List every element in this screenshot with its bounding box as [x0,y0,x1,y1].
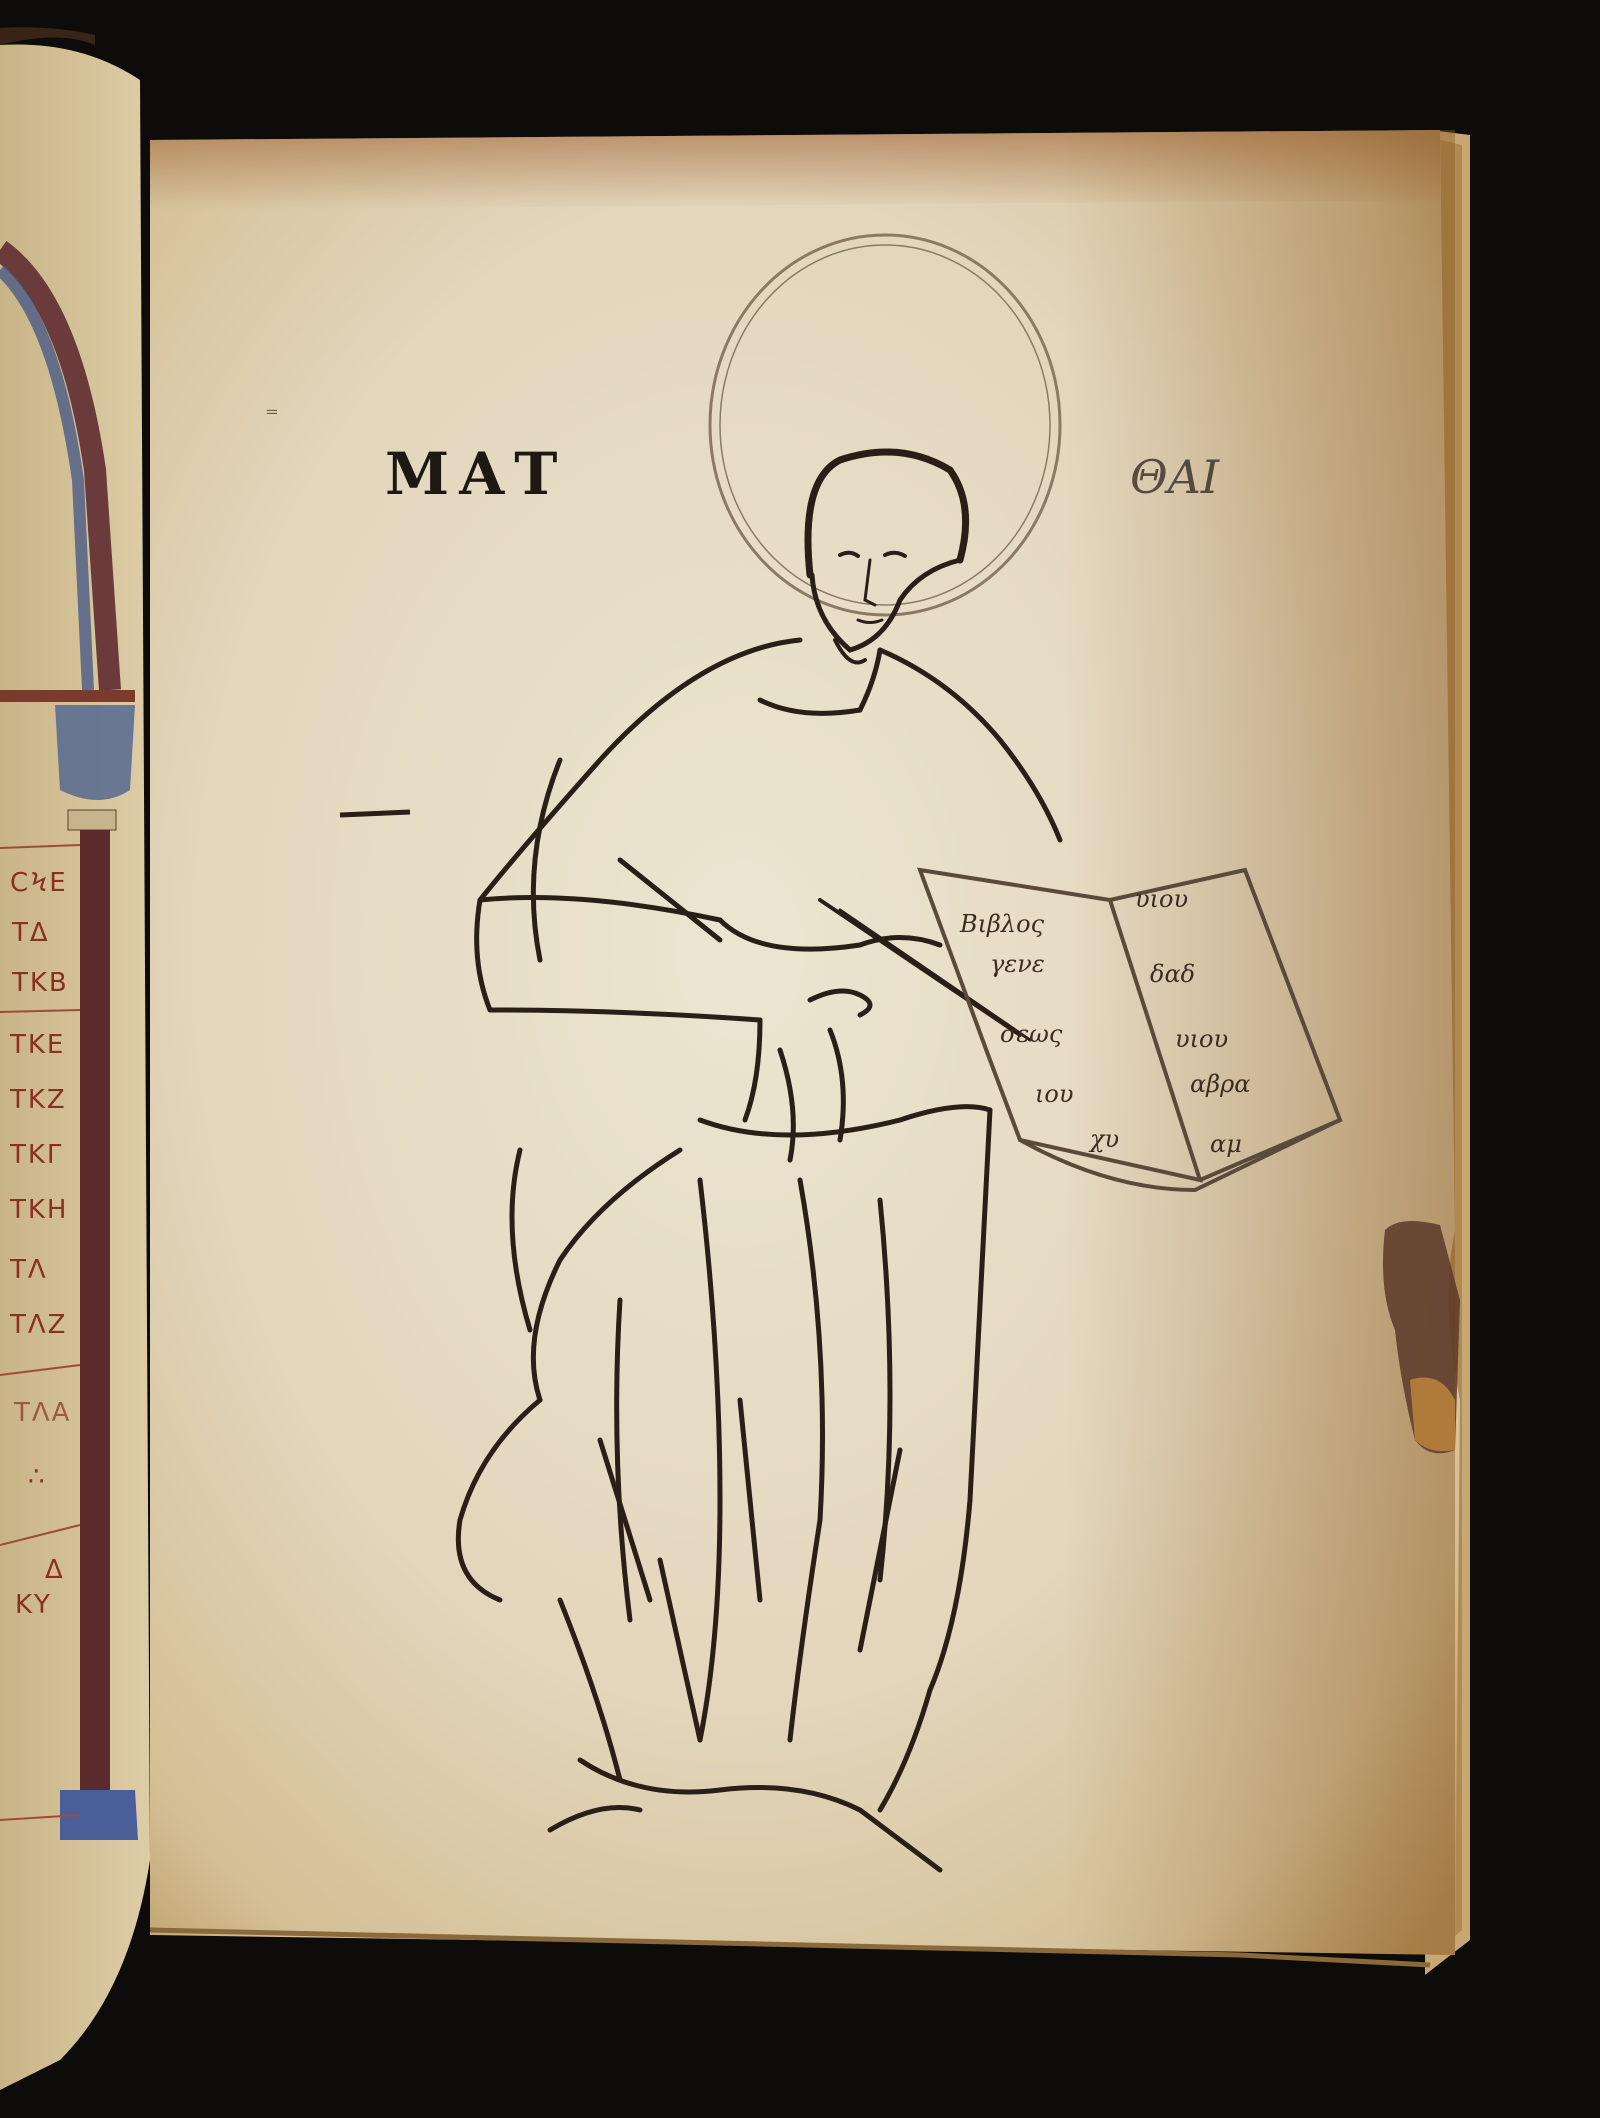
canon-number: ΤΚΓ [10,1140,63,1170]
canon-number: ϹϞΕ [10,868,68,898]
book-text-right-0: υιου [1135,885,1188,913]
canon-number: ΤΚΖ [10,1085,67,1115]
right-page [150,130,1460,1965]
book-text-right-2: υιου [1175,1025,1228,1053]
canon-number: ΤΔ [12,918,50,948]
manuscript-scene: ⁼ [0,0,1600,2118]
inscription-left: ΜΑΤ [385,440,567,508]
book-text-right-1: δαδ [1150,960,1195,988]
canon-number: ΚΥ [15,1590,52,1620]
canon-number: ∴ [28,1462,47,1492]
book-text-left-3: ιου [1035,1080,1073,1108]
manuscript-illustration: ⁼ [0,0,1600,2118]
book-text-left-2: σεως [1000,1020,1062,1048]
canon-number: ΤΚΕ [10,1030,65,1060]
canon-number: ΤΛΑ [14,1398,71,1428]
book-text-right-3: αβρα [1190,1070,1250,1098]
canon-number: Δ [45,1555,65,1585]
book-text-right-4: αμ [1210,1130,1242,1158]
canon-number: ΤΚΗ [10,1195,68,1225]
canon-number: ΤΛΖ [10,1310,67,1340]
inscription-right: ΘΑΙ [1130,450,1219,504]
canon-number: ΤΚΒ [12,968,69,998]
svg-text:⁼: ⁼ [265,402,279,432]
book-text-left-4: χυ [1090,1125,1119,1153]
book-text-left-0: Βιβλος [960,910,1044,938]
book-text-left-1: γενε [990,950,1045,978]
canon-number: ΤΛ [10,1255,48,1285]
